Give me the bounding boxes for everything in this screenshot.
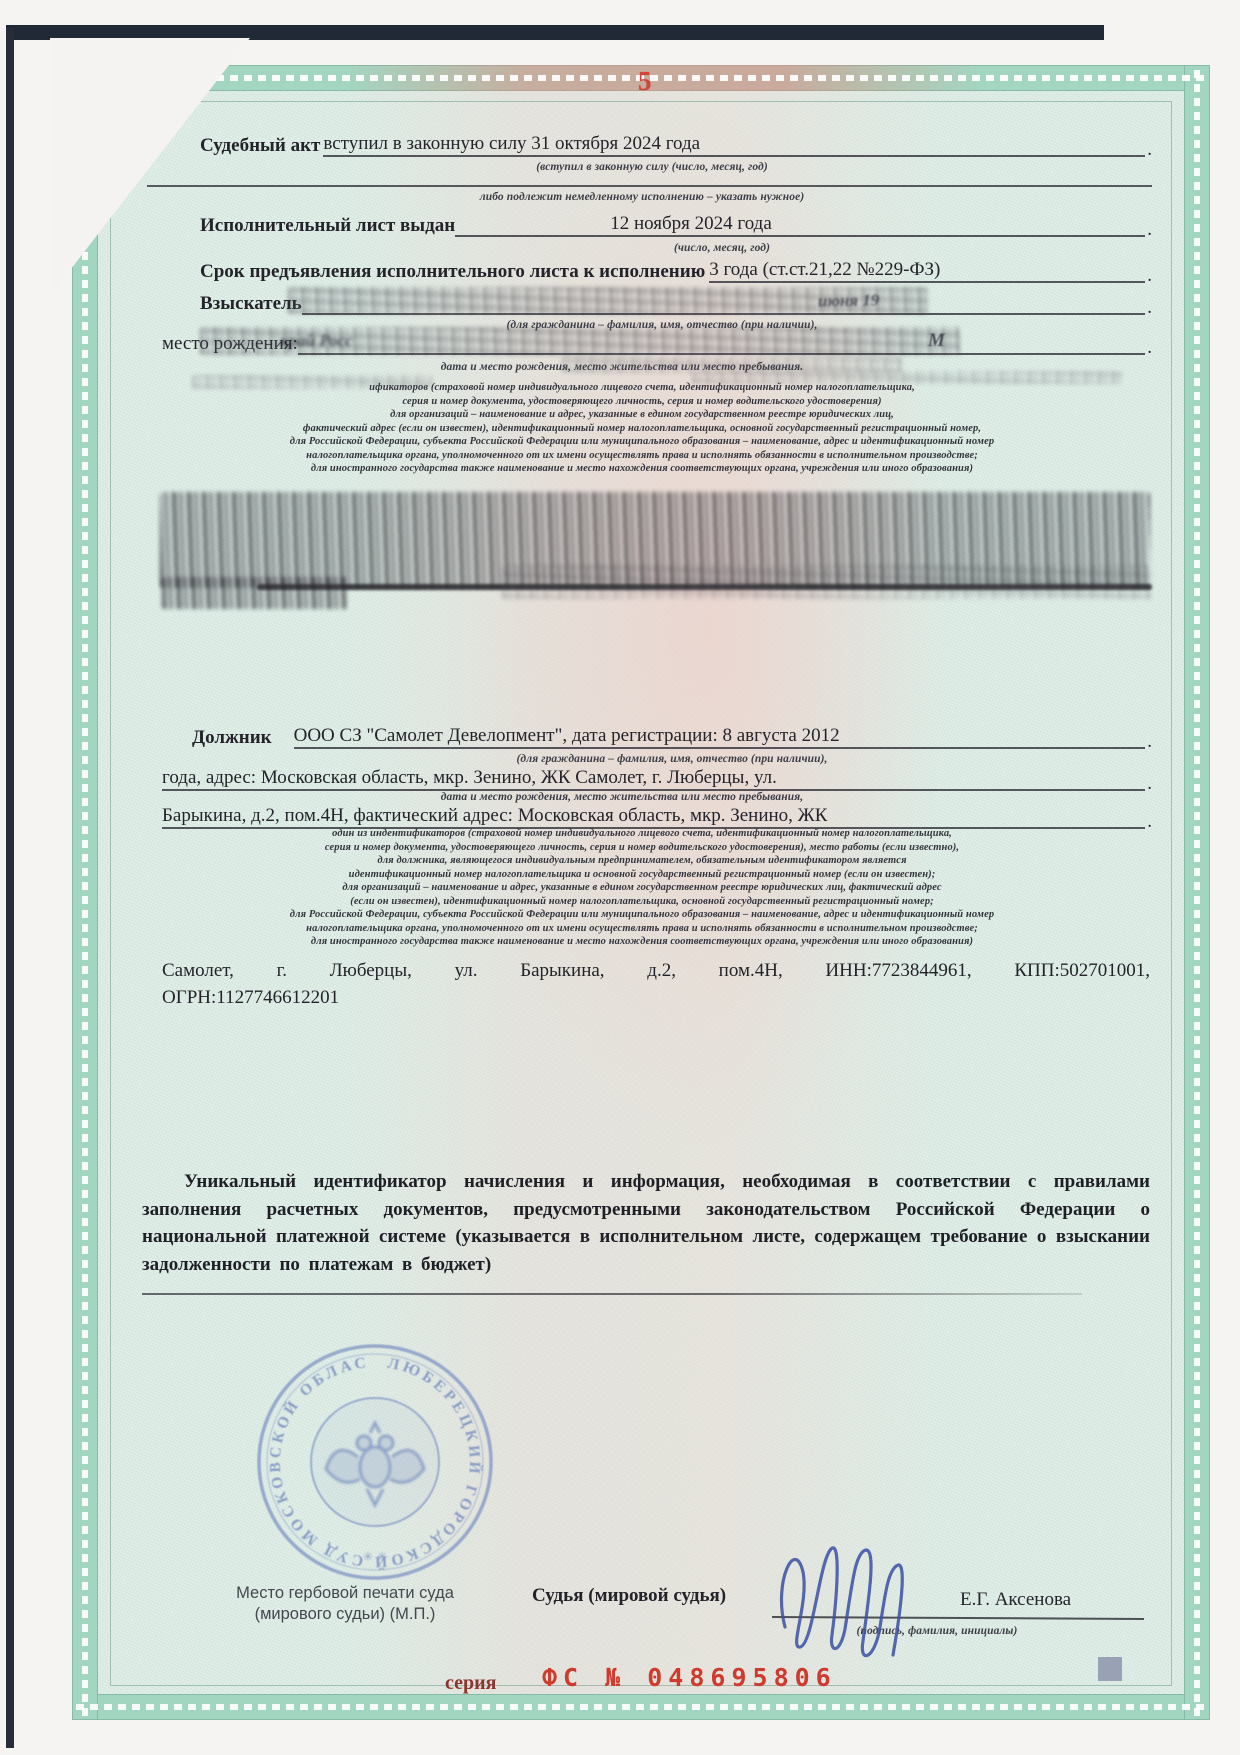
- legal-note-line: серия и номер документа, удостоверяющего…: [112, 841, 1172, 855]
- border-frame-left: [72, 65, 98, 1720]
- legal-note-line: для иностранного государства также наиме…: [112, 462, 1172, 476]
- uin-paragraph: Уникальный идентификатор начисления и ин…: [142, 1168, 1150, 1278]
- judge-label-row: Судья (мировой судья): [532, 1585, 690, 1607]
- seal-place-line1: Место гербовой печати суда: [185, 1583, 505, 1604]
- judge-signature: [767, 1527, 952, 1662]
- legal-note-line: налогоплательщика органа, уполномоченног…: [112, 449, 1172, 463]
- legal-note-line: фактический адрес (если он известен), ид…: [112, 422, 1172, 436]
- legal-note-line: для организаций – наименование и адрес, …: [112, 408, 1172, 422]
- legal-note-line: серия и номер документа, удостоверяющего…: [112, 395, 1172, 409]
- legal-note-line: для Российской Федерации, субъекта Росси…: [112, 435, 1172, 449]
- series-label: серия: [445, 1672, 496, 1695]
- form-line-debtor-1: ДолжникООО СЗ "Самолет Девелопмент", дат…: [192, 725, 1152, 749]
- border-frame-bottom: [72, 1694, 1210, 1720]
- debtor-caption-2: дата и место рождения, место жительства …: [352, 791, 892, 803]
- legal-note-line: для организаций – наименование и адрес, …: [112, 881, 1172, 895]
- registration-square: [1098, 1657, 1122, 1681]
- legal-note-line: один из индентификаторов (страховой номе…: [112, 827, 1172, 841]
- issued-label: Исполнительный лист выдан: [200, 215, 455, 237]
- term-label: Срок предъявления исполнительного листа …: [200, 261, 705, 283]
- form-line-claimant: Взыскатель. июня 19: [200, 293, 1152, 315]
- form-line-birthplace: место рождения:. край Росс М: [162, 333, 1152, 355]
- issued-value: 12 ноября 2024 года: [610, 213, 772, 237]
- legal-note-line: идентификационный номер налогоплательщик…: [112, 868, 1172, 882]
- court-seal: ЛЮБЕРЕЦКИЙ ГОРОДСКОЙ СУД МОСКОВСКОЙ ОБЛА…: [250, 1337, 500, 1587]
- issued-caption: (число, месяц, год): [502, 242, 942, 254]
- seal-place-label: Место гербовой печати суда (мирового суд…: [185, 1583, 505, 1625]
- judge-name: Е.Г. Аксенова: [960, 1589, 1071, 1611]
- debtor-line1: ООО СЗ "Самолет Девелопмент", дата регис…: [294, 725, 840, 749]
- page-number: 5: [638, 66, 652, 97]
- birthplace-visible-fragment-1: край Росс: [280, 331, 353, 351]
- seal-place-line2: (мирового судьи) (М.П.): [185, 1604, 505, 1625]
- legal-note-line: для иностранного государства также наиме…: [112, 935, 1172, 949]
- note-top-smudge-right: [692, 371, 1122, 384]
- legal-note-block-2: один из индентификаторов (страховой номе…: [112, 827, 1172, 949]
- blank-rule: [147, 185, 1152, 187]
- note-top-smudge-left: [192, 375, 432, 389]
- claimant-visible-fragment: июня 19: [818, 290, 880, 311]
- form-line-term: Срок предъявления исполнительного листа …: [200, 259, 1152, 283]
- redaction-tail-smudge: [502, 565, 1152, 599]
- legal-note-line: для должника, являющегося индивидуальным…: [112, 854, 1172, 868]
- legal-note-block-1: ификаторов (страховой номер индивидуальн…: [112, 381, 1172, 476]
- act-value: вступил в законную силу 31 октября 2024 …: [323, 133, 700, 157]
- debtor-line5: ОГРН:1127746612201: [162, 987, 1150, 1009]
- form-line-debtor-2: года, адрес: Московская область, мкр. Зе…: [162, 767, 1152, 791]
- form-line-debtor-3: Барыкина, д.2, пом.4Н, фактический адрес…: [162, 805, 1152, 829]
- act-caption: (вступил в законную силу (число, месяц, …: [372, 161, 932, 173]
- legal-note-line: (если он известен), идентификационный но…: [112, 895, 1172, 909]
- scanner-top-edge: [6, 25, 1104, 40]
- seal-bottom-mark: ✳ ✳: [362, 1549, 387, 1564]
- debtor-line3: Барыкина, д.2, пом.4Н, фактический адрес…: [162, 805, 827, 829]
- debtor-caption-1: (для гражданина – фамилия, имя, отчество…: [402, 753, 942, 765]
- term-value: 3 года (ст.ст.21,22 №229-ФЗ): [709, 259, 940, 283]
- act-alt-caption: либо подлежит немедленному исполнению – …: [322, 191, 962, 203]
- redaction-blotch: [162, 577, 347, 609]
- legal-note-line: налогоплательщика органа, уполномоченног…: [112, 922, 1172, 936]
- judge-label: Судья (мировой судья): [532, 1585, 726, 1607]
- scanner-left-edge: [6, 28, 14, 1748]
- debtor-label: Должник: [192, 727, 272, 749]
- form-line-issued: Исполнительный лист выдан12 ноября 2024 …: [200, 213, 1152, 237]
- debtor-line4: Самолет, г. Люберцы, ул. Барыкина, д.2, …: [162, 960, 1150, 982]
- legal-note-line: для Российской Федерации, субъекта Росси…: [112, 908, 1172, 922]
- faint-rule: [142, 1293, 1082, 1295]
- border-frame-right: [1184, 65, 1210, 1720]
- act-label: Судебный акт: [200, 135, 320, 157]
- claimant-label: Взыскатель: [200, 293, 302, 315]
- series-value: ФС № 048695806: [542, 1663, 837, 1692]
- scanned-document: 5 Судебный актвступил в законную силу 31…: [0, 0, 1240, 1755]
- writ-page: 5 Судебный актвступил в законную силу 31…: [72, 65, 1210, 1720]
- debtor-line2: года, адрес: Московская область, мкр. Зе…: [162, 767, 777, 791]
- form-line-act: Судебный актвступил в законную силу 31 о…: [200, 133, 1152, 157]
- birthplace-visible-fragment-2: М: [928, 330, 945, 352]
